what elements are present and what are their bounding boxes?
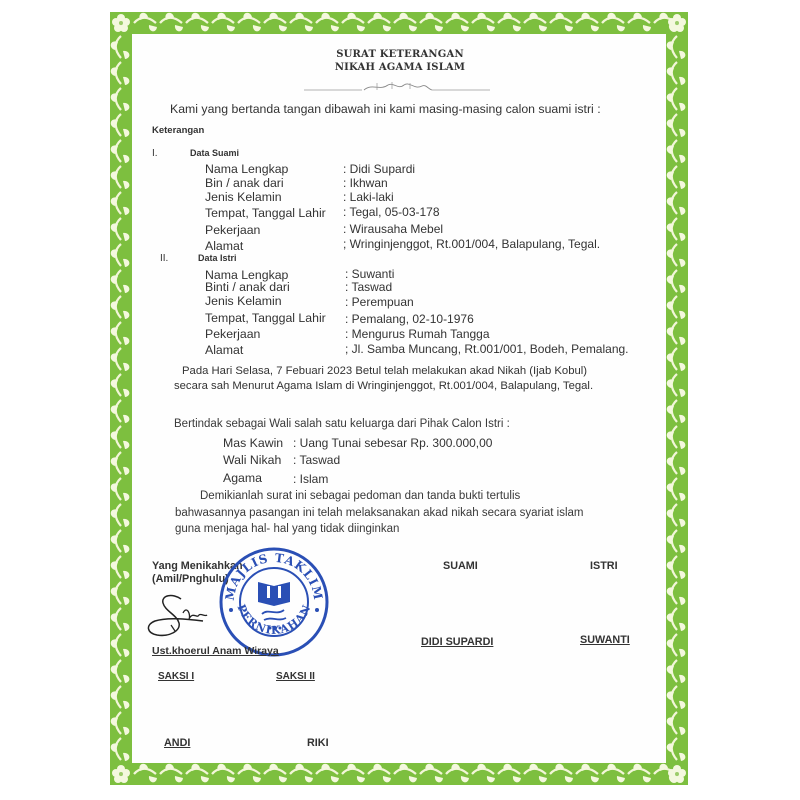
field-label: Alamat — [205, 239, 243, 253]
wali-intro: Bertindak sebagai Wali salah satu keluar… — [174, 418, 510, 430]
field-label: Pekerjaan — [205, 327, 260, 341]
field-value: ; Jl. Samba Muncang, Rt.001/001, Bodeh, … — [345, 342, 629, 356]
field-label: Jenis Kelamin — [205, 190, 282, 204]
suami-name: DIDI SUPARDI — [421, 636, 493, 648]
field-value: : Suwanti — [345, 267, 394, 281]
wali-field-label: Agama — [223, 471, 262, 485]
field-label: Alamat — [205, 343, 243, 357]
field-value: : Didi Supardi — [343, 162, 415, 176]
closing-line-2: bahwasannya pasangan ini telah melaksana… — [175, 507, 584, 519]
istri-name: SUWANTI — [580, 634, 630, 646]
section-title-istri: Data Istri — [198, 253, 237, 263]
closing-line-1: Demikianlah surat ini sebagai pedoman da… — [200, 490, 520, 502]
field-label: Bin / anak dari — [205, 176, 284, 190]
official-stamp-icon: MAJLIS TAKLIM PERNIKAHAN — [218, 546, 330, 658]
saksi-1-label: SAKSI I — [158, 671, 194, 682]
field-value: ; Wringinjenggot, Rt.001/004, Balapulang… — [343, 237, 600, 251]
suami-label: SUAMI — [443, 560, 478, 572]
document-subtitle: NIKAH AGAMA ISLAM — [0, 62, 800, 73]
akad-line-1: Pada Hari Selasa, 7 Febuari 2023 Betul t… — [182, 365, 587, 377]
saksi-1-name: ANDI — [164, 737, 190, 749]
field-label: Binti / anak dari — [205, 280, 290, 294]
field-value: : Laki-laki — [343, 190, 394, 204]
field-label: Pekerjaan — [205, 223, 260, 237]
basmalah-calligraphy-icon — [302, 81, 492, 93]
wali-field-label: Mas Kawin — [223, 436, 283, 450]
field-value: : Perempuan — [345, 295, 414, 309]
officiant-name: Ust.khoerul Anam Wiraya — [152, 645, 279, 657]
field-label: Nama Lengkap — [205, 162, 288, 176]
field-label: Jenis Kelamin — [205, 294, 282, 308]
keterangan-label: Keterangan — [152, 125, 204, 136]
field-value: : Mengurus Rumah Tangga — [345, 327, 490, 341]
field-value: : Taswad — [345, 280, 392, 294]
field-label: Tempat, Tanggal Lahir — [205, 311, 326, 325]
saksi-2-label: SAKSI II — [276, 671, 315, 682]
istri-label: ISTRI — [590, 560, 618, 572]
field-value: : Pemalang, 02-10-1976 — [345, 312, 474, 326]
wali-field-value: : Taswad — [293, 453, 340, 467]
section-numeral-suami: I. — [152, 148, 158, 159]
field-value: : Wirausaha Mebel — [343, 222, 443, 236]
field-value: : Ikhwan — [343, 176, 388, 190]
wali-field-value: : Islam — [293, 472, 328, 486]
field-label: Tempat, Tanggal Lahir — [205, 206, 326, 220]
wali-field-label: Wali Nikah — [223, 453, 281, 467]
akad-line-2: secara sah Menurut Agama Islam di Wringi… — [174, 380, 593, 392]
intro-text: Kami yang bertanda tangan dibawah ini ka… — [170, 102, 601, 116]
document-title: SURAT KETERANGAN — [0, 49, 800, 60]
closing-line-3: guna menjaga hal- hal yang tidak diingin… — [175, 523, 399, 535]
section-numeral-istri: II. — [160, 253, 168, 264]
saksi-2-name: RIKI — [307, 737, 329, 749]
field-value: : Tegal, 05-03-178 — [343, 205, 440, 219]
section-title-suami: Data Suami — [190, 148, 239, 158]
wali-field-value: : Uang Tunai sebesar Rp. 300.000,00 — [293, 436, 492, 450]
